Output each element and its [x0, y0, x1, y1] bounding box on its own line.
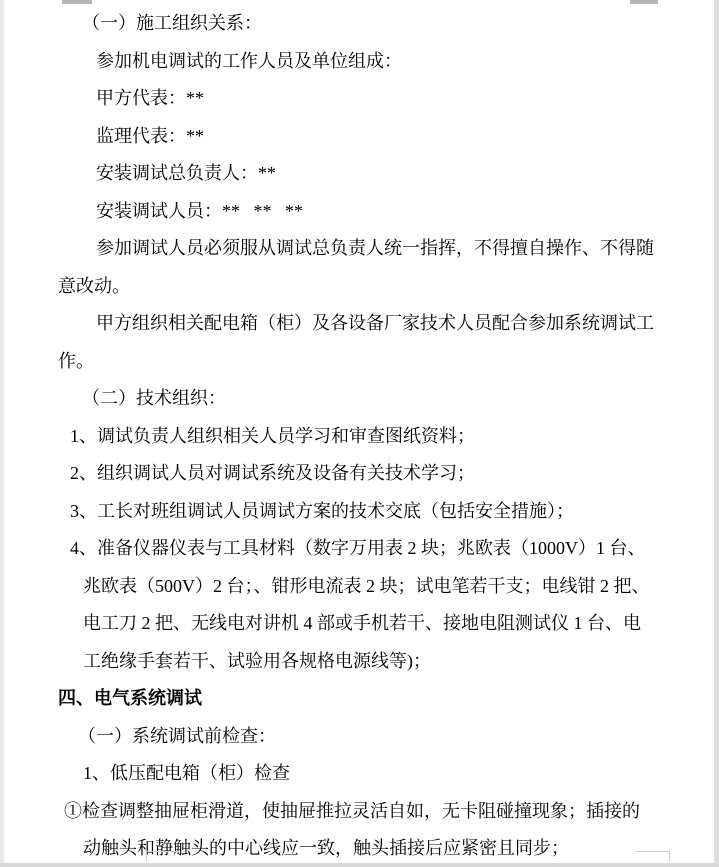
heading-pre-commissioning-check: （一）系统调试前检查： [58, 718, 661, 756]
heading-electrical-system-commissioning: 四、电气系统调试 [58, 680, 661, 718]
view-edge-bottom [0, 863, 719, 867]
line-supervisor-representative: 监理代表：** [58, 118, 661, 156]
para-drawer-cabinet-check-line-2: 动触头和静触头的中心线应一致，触头插接后应紧密且同步； [58, 830, 661, 867]
line-party-a-representative: 甲方代表：** [58, 80, 661, 118]
view-edge-left [0, 0, 4, 867]
text-boundary-mark-bottom-right [636, 851, 670, 861]
list-item-4-instruments-line-3: 电工刀 2 把、无线电对讲机 4 部或手机若干、接地电阻测试仪 1 台、电 [58, 605, 661, 643]
line-commissioning-personnel: 安装调试人员：** ** ** [58, 193, 661, 231]
para-drawer-cabinet-check-line-1: ①检查调整抽屉柜滑道，使抽屉推拉灵活自如，无卡阻碰撞现象；插接的 [58, 793, 661, 831]
para-party-a-organize-line-2: 作。 [58, 343, 661, 381]
list-item-4-instruments-line-1: 4、准备仪器仪表与工具材料（数字万用表 2 块；兆欧表（1000V）1 台、 [58, 530, 661, 568]
para-party-a-organize-line-1: 甲方组织相关配电箱（柜）及各设备厂家技术人员配合参加系统调试工 [58, 305, 661, 343]
list-item-4-instruments-line-4: 工绝缘手套若干、试验用各规格电源线等)； [58, 643, 661, 681]
list-item-3-technical-briefing: 3、工长对班组调试人员调试方案的技术交底（包括安全措施）； [58, 493, 661, 531]
text-boundary-mark-top-right [630, 0, 658, 4]
document-page: （一）施工组织关系： 参加机电调试的工作人员及单位组成： 甲方代表：** 监理代… [0, 0, 719, 867]
text-boundary-mark-bottom-left [146, 851, 180, 861]
list-item-4-instruments-line-2: 兆欧表（500V）2 台；、钳形电流表 2 块；试电笔若干支；电线钳 2 把、 [58, 568, 661, 606]
list-item-1-review-drawings: 1、调试负责人组织相关人员学习和审查图纸资料； [58, 418, 661, 456]
line-personnel-composition: 参加机电调试的工作人员及单位组成： [58, 43, 661, 81]
para-obey-command-line-2: 意改动。 [58, 268, 661, 306]
list-item-2-technical-study: 2、组织调试人员对调试系统及设备有关技术学习； [58, 455, 661, 493]
heading-technical-organization: （二）技术组织： [58, 380, 661, 418]
line-chief-commissioning-leader: 安装调试总负责人：** [58, 155, 661, 193]
heading-construction-organization: （一）施工组织关系： [58, 5, 661, 43]
line-low-voltage-box-check: 1、低压配电箱（柜）检查 [58, 755, 661, 793]
view-edge-right [714, 0, 719, 867]
text-boundary-mark-top-left [62, 0, 92, 4]
para-obey-command-line-1: 参加调试人员必须服从调试总负责人统一指挥，不得擅自操作、不得随 [58, 230, 661, 268]
